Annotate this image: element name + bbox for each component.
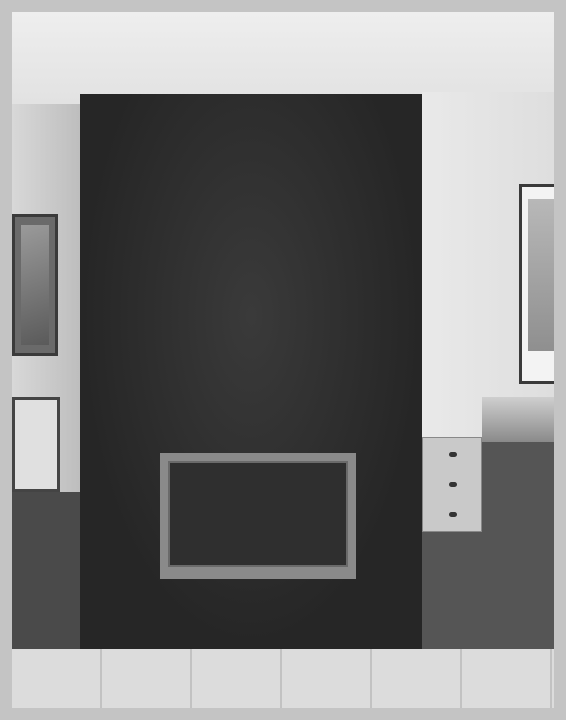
tiled-floor bbox=[12, 649, 554, 708]
firebox bbox=[160, 453, 356, 579]
right-wall-picture bbox=[519, 184, 554, 384]
left-wall-picture bbox=[12, 214, 58, 356]
shelf-objects bbox=[482, 397, 554, 442]
photo bbox=[12, 12, 554, 708]
firebox-glass bbox=[168, 461, 348, 567]
ceiling bbox=[12, 12, 554, 104]
drawer-unit bbox=[422, 437, 482, 532]
monitor bbox=[12, 397, 60, 492]
